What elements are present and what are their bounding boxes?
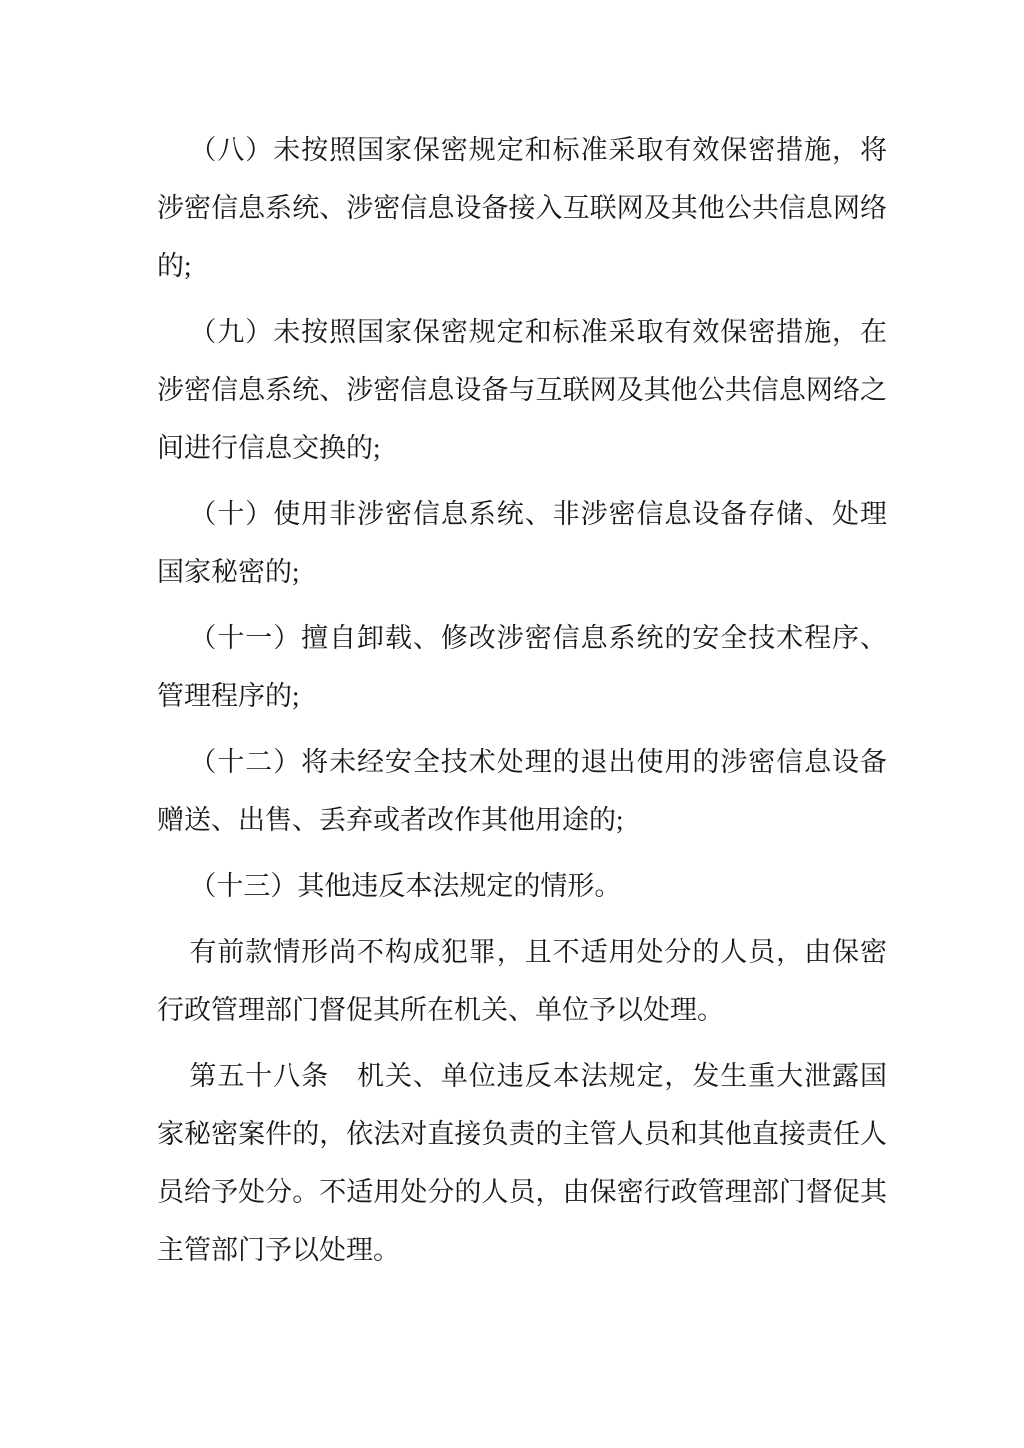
- clause-item-8: （八）未按照国家保密规定和标准采取有效保密措施，将涉密信息系统、涉密信息设备接入…: [157, 121, 887, 295]
- document-page: （八）未按照国家保密规定和标准采取有效保密措施，将涉密信息系统、涉密信息设备接入…: [0, 0, 1024, 1448]
- article-58-paragraph: 第五十八条 机关、单位违反本法规定，发生重大泄露国家秘密案件的，依法对直接负责的…: [157, 1047, 887, 1279]
- clause-item-10: （十）使用非涉密信息系统、非涉密信息设备存储、处理国家秘密的;: [157, 485, 887, 601]
- clause-item-12: （十二）将未经安全技术处理的退出使用的涉密信息设备赠送、出售、丢弃或者改作其他用…: [157, 733, 887, 849]
- document-body: （八）未按照国家保密规定和标准采取有效保密措施，将涉密信息系统、涉密信息设备接入…: [157, 121, 887, 1287]
- clause-item-11: （十一）擅自卸载、修改涉密信息系统的安全技术程序、管理程序的;: [157, 609, 887, 725]
- clause-item-13: （十三）其他违反本法规定的情形。: [157, 857, 887, 915]
- supplementary-paragraph: 有前款情形尚不构成犯罪，且不适用处分的人员，由保密行政管理部门督促其所在机关、单…: [157, 923, 887, 1039]
- clause-item-9: （九）未按照国家保密规定和标准采取有效保密措施，在涉密信息系统、涉密信息设备与互…: [157, 303, 887, 477]
